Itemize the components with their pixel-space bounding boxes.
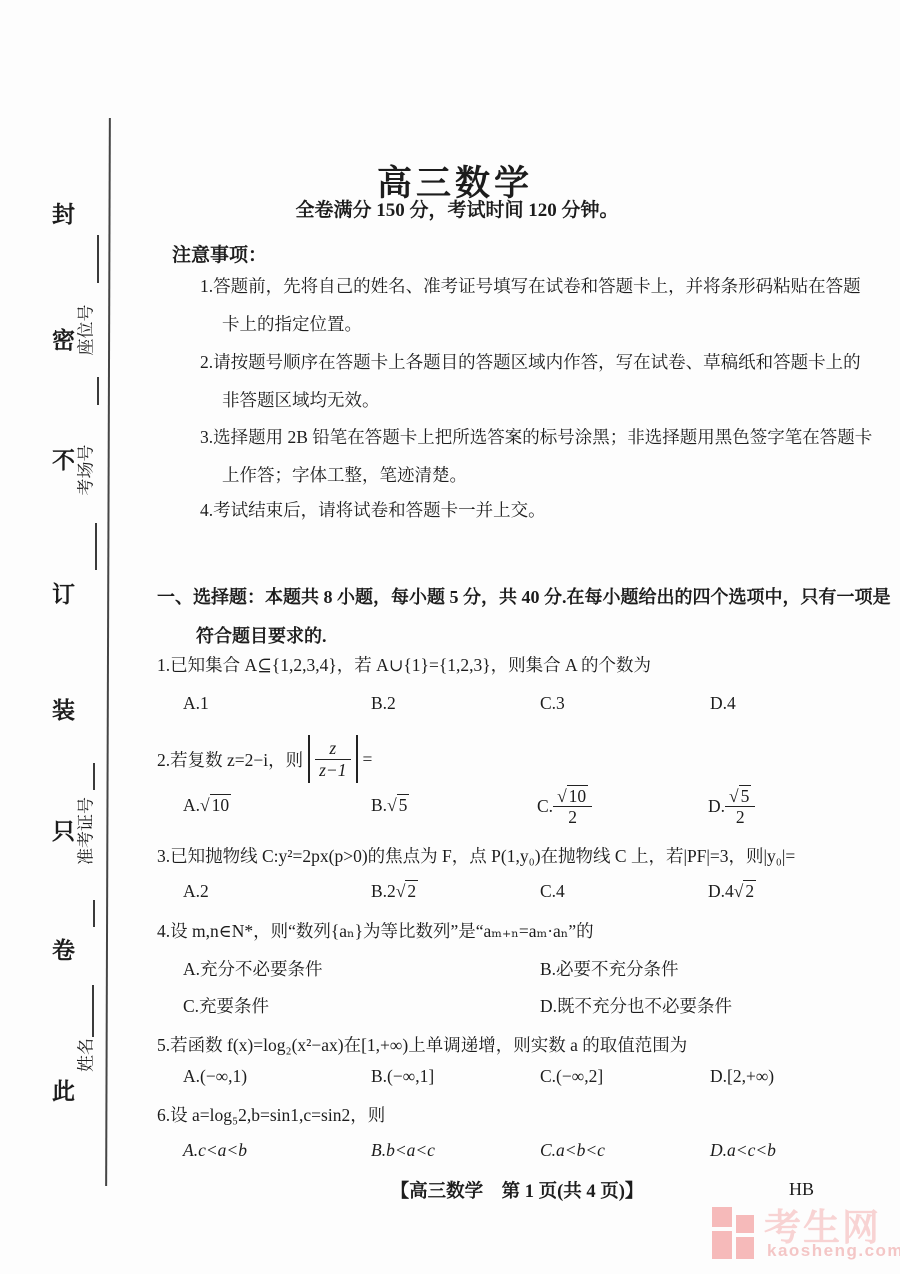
q6-option-b: B.b<a<c bbox=[371, 1140, 435, 1161]
blank-line bbox=[92, 985, 94, 1037]
blank-line bbox=[97, 377, 99, 405]
seal-char-ci: 此 bbox=[52, 1080, 75, 1103]
q2-stem-text: 2.若复数 z=2−i，则 bbox=[157, 747, 303, 772]
radicand: 10 bbox=[567, 785, 589, 806]
q6-option-d: D.a<c<b bbox=[710, 1140, 776, 1161]
q4-stem: 4.设 m,n∈N*，则“数列{aₙ}为等比数列”是“aₘ₊ₙ=aₘ·aₙ”的 bbox=[157, 918, 594, 943]
q3-option-c: C.4 bbox=[540, 881, 565, 902]
notes-heading: 注意事项： bbox=[172, 240, 267, 267]
q5-option-a: A.(−∞,1) bbox=[183, 1066, 247, 1087]
blank-line bbox=[93, 900, 95, 927]
seal-border-line bbox=[105, 118, 111, 1186]
radicand: 2 bbox=[743, 880, 756, 901]
abs-bar bbox=[308, 735, 310, 783]
radicand: 2 bbox=[405, 880, 418, 901]
name-label: 姓名 bbox=[72, 1038, 97, 1072]
seat-number-label: 座位号 bbox=[72, 305, 97, 356]
q5-option-b: B.(−∞,1] bbox=[371, 1066, 434, 1087]
q5-option-c: C.(−∞,2] bbox=[540, 1066, 603, 1087]
option-label: A. bbox=[183, 795, 200, 816]
seal-char-juan: 卷 bbox=[52, 939, 75, 962]
q3-option-a: A.2 bbox=[183, 881, 209, 902]
denominator: 2 bbox=[725, 807, 755, 827]
note-item-3: 3.选择题用 2B 铅笔在答题卡上把所选答案的标号涂黑；非选择题用黑色签字笔在答… bbox=[200, 419, 876, 494]
radicand: 10 bbox=[210, 794, 232, 815]
q4-option-b: B.必要不充分条件 bbox=[540, 956, 679, 981]
radical-sign: √ bbox=[557, 786, 567, 806]
q4-option-c: C.充要条件 bbox=[183, 993, 269, 1018]
q1-option-b: B.2 bbox=[371, 693, 396, 714]
q4-option-d: D.既不充分也不必要条件 bbox=[540, 993, 732, 1018]
note-item-1: 1.答题前，先将自己的姓名、准考证号填写在试卷和答题卡上，并将条形码粘贴在答题卡… bbox=[200, 268, 876, 343]
q4-option-a: A.充分不必要条件 bbox=[183, 956, 323, 981]
exam-page: 封 密 不 订 装 只 卷 此 座位号 考场号 准考证号 姓名 高三数学 全卷满… bbox=[0, 0, 900, 1274]
radicand: 5 bbox=[739, 785, 752, 806]
note-item-4: 4.考试结束后，请将试卷和答题卡一并上交。 bbox=[200, 492, 876, 530]
q2-fraction-numerator: z bbox=[315, 738, 350, 759]
exam-meta: 全卷满分 150 分，考试时间 120 分钟。 bbox=[295, 195, 618, 222]
option-label: B. bbox=[371, 795, 387, 816]
seal-char-ding: 订 bbox=[52, 583, 75, 606]
abs-bar bbox=[356, 735, 358, 783]
blank-line bbox=[97, 235, 99, 283]
q2-option-c: C.√102 bbox=[537, 786, 592, 827]
blank-line bbox=[93, 763, 95, 790]
q1-option-a: A.1 bbox=[183, 693, 209, 714]
watermark-logo-block bbox=[712, 1207, 732, 1227]
option-label: B.2 bbox=[371, 881, 396, 901]
q2-fraction: z z−1 bbox=[315, 738, 350, 779]
radical-sign: √ bbox=[734, 881, 744, 901]
option-label: D.4 bbox=[708, 881, 734, 901]
radical-sign: √ bbox=[729, 786, 739, 806]
radical-sign: √ bbox=[396, 881, 406, 901]
q3-option-d: D.4√2 bbox=[708, 881, 756, 902]
q3-stem: 3.已知抛物线 C:y²=2px(p>0)的焦点为 F，点 P(1,y₀)在抛物… bbox=[157, 843, 795, 868]
q3-option-b: B.2√2 bbox=[371, 881, 418, 902]
q2-equals: = bbox=[363, 749, 373, 770]
note-item-2: 2.请按题号顺序在答题卡上各题目的答题区域内作答，写在试卷、草稿纸和答题卡上的非… bbox=[200, 344, 876, 419]
radicand: 5 bbox=[397, 794, 410, 815]
radical-sign: √ bbox=[387, 795, 397, 815]
q6-stem: 6.设 a=log₅2,b=sin1,c=sin2，则 bbox=[157, 1102, 385, 1127]
page-footer: 【高三数学 第 1 页(共 4 页)】 bbox=[391, 1177, 644, 1203]
watermark: 考生网 kaosheng.com bbox=[712, 1203, 900, 1269]
q2-fraction-denominator: z−1 bbox=[315, 760, 350, 780]
q5-stem: 5.若函数 f(x)=log₂(x²−ax)在[1,+∞)上单调递增，则实数 a… bbox=[157, 1032, 687, 1057]
admission-ticket-label: 准考证号 bbox=[72, 797, 97, 865]
seal-char-zhuang: 装 bbox=[52, 699, 75, 722]
q1-stem: 1.已知集合 A⊆{1,2,3,4}，若 A∪{1}={1,2,3}，则集合 A… bbox=[157, 652, 651, 677]
blank-line bbox=[95, 523, 97, 570]
q6-option-a: A.c<a<b bbox=[183, 1140, 247, 1161]
radical-sign: √ bbox=[200, 795, 210, 815]
q2-option-d: D.√52 bbox=[708, 786, 755, 827]
q2-option-a: A.√10 bbox=[183, 795, 231, 816]
section-heading: 一、选择题：本题共 8 小题，每小题 5 分，共 40 分.在每小题给出的四个选… bbox=[157, 578, 896, 656]
watermark-logo-block bbox=[712, 1231, 732, 1259]
q1-option-d: D.4 bbox=[710, 693, 736, 714]
seal-char-feng: 封 bbox=[52, 203, 75, 226]
q5-option-d: D.[2,+∞) bbox=[710, 1066, 774, 1087]
watermark-logo-block bbox=[736, 1215, 754, 1233]
exam-room-label: 考场号 bbox=[72, 445, 97, 496]
denominator: 2 bbox=[553, 807, 592, 827]
q1-option-c: C.3 bbox=[540, 693, 565, 714]
q2-option-b: B.√5 bbox=[371, 795, 409, 816]
option-label: D. bbox=[708, 796, 725, 817]
q2-stem: 2.若复数 z=2−i，则 z z−1 = bbox=[157, 727, 372, 791]
watermark-logo-block bbox=[736, 1237, 754, 1259]
option-label: C. bbox=[537, 796, 553, 817]
q6-option-c: C.a<b<c bbox=[540, 1140, 605, 1161]
watermark-site-url: kaosheng.com bbox=[767, 1241, 900, 1261]
